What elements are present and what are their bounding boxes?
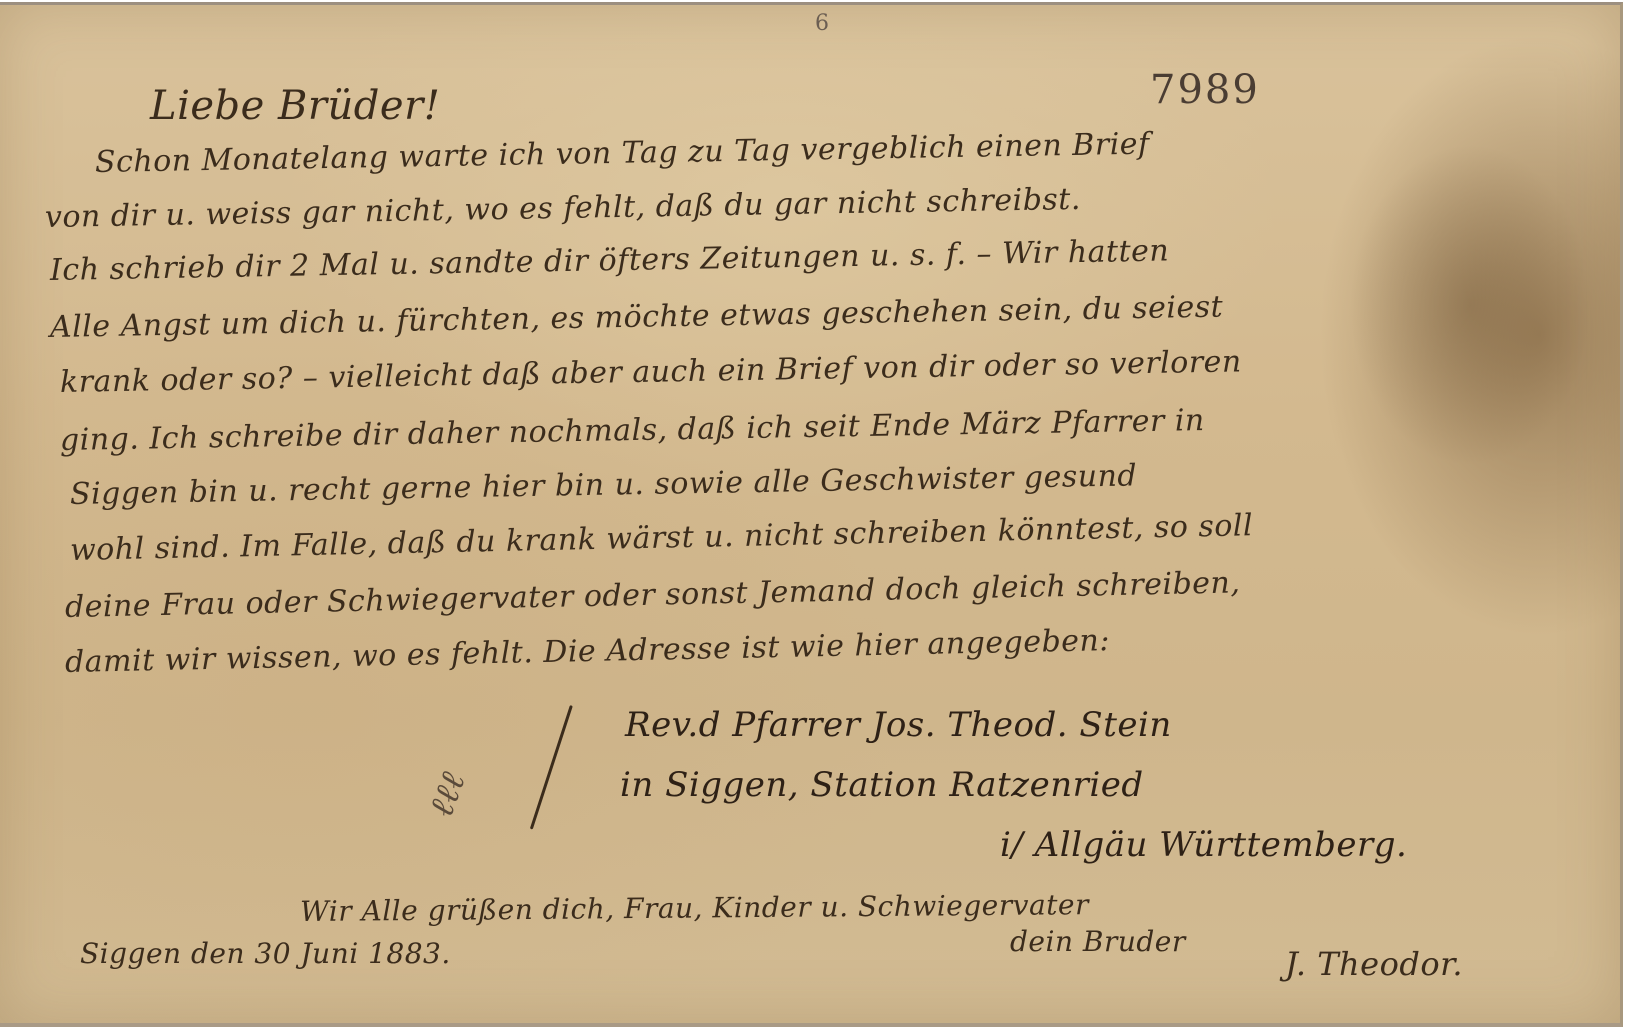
signoff: dein Bruder xyxy=(1010,925,1186,958)
margin-mark: ℓℓℓ xyxy=(421,767,474,822)
signature: J. Theodor. xyxy=(1285,945,1463,983)
letter-line: damit wir wissen, wo es fehlt. Die Adres… xyxy=(65,623,1111,680)
address-bracket xyxy=(530,705,573,830)
letter-line: von dir u. weiss gar nicht, wo es fehlt,… xyxy=(45,182,1081,235)
letter-line: ging. Ich schreibe dir daher nochmals, d… xyxy=(60,403,1205,458)
address-line-station: in Siggen, Station Ratzenried xyxy=(620,765,1144,805)
letter-line: krank oder so? – vielleicht daß aber auc… xyxy=(60,344,1242,400)
pencil-mark: 6 xyxy=(815,11,830,36)
archive-number: 7989 xyxy=(1150,67,1260,113)
letter-line: deine Frau oder Schwiegervater oder sons… xyxy=(65,565,1241,625)
letter-line: wohl sind. Im Falle, daß du krank wärst … xyxy=(70,508,1254,568)
address-line-name: Rev.d Pfarrer Jos. Theod. Stein xyxy=(625,705,1172,745)
postcard: 6 7989 Liebe Brüder! Schon Monatelang wa… xyxy=(0,2,1623,1026)
letter-line: Ich schrieb dir 2 Mal u. sandte dir öfte… xyxy=(50,233,1170,288)
letter-line: Alle Angst um dich u. fürchten, es möcht… xyxy=(50,290,1224,345)
letter-line: Schon Monatelang warte ich von Tag zu Ta… xyxy=(95,127,1150,180)
letter-line: Siggen bin u. recht gerne hier bin u. so… xyxy=(70,458,1138,512)
closing-greeting: Wir Alle grüßen dich, Frau, Kinder u. Sc… xyxy=(300,888,1089,928)
place-date: Siggen den 30 Juni 1883. xyxy=(80,937,451,970)
letter-greeting: Liebe Brüder! xyxy=(150,83,440,129)
address-line-region: i/ Allgäu Württemberg. xyxy=(1000,825,1407,865)
